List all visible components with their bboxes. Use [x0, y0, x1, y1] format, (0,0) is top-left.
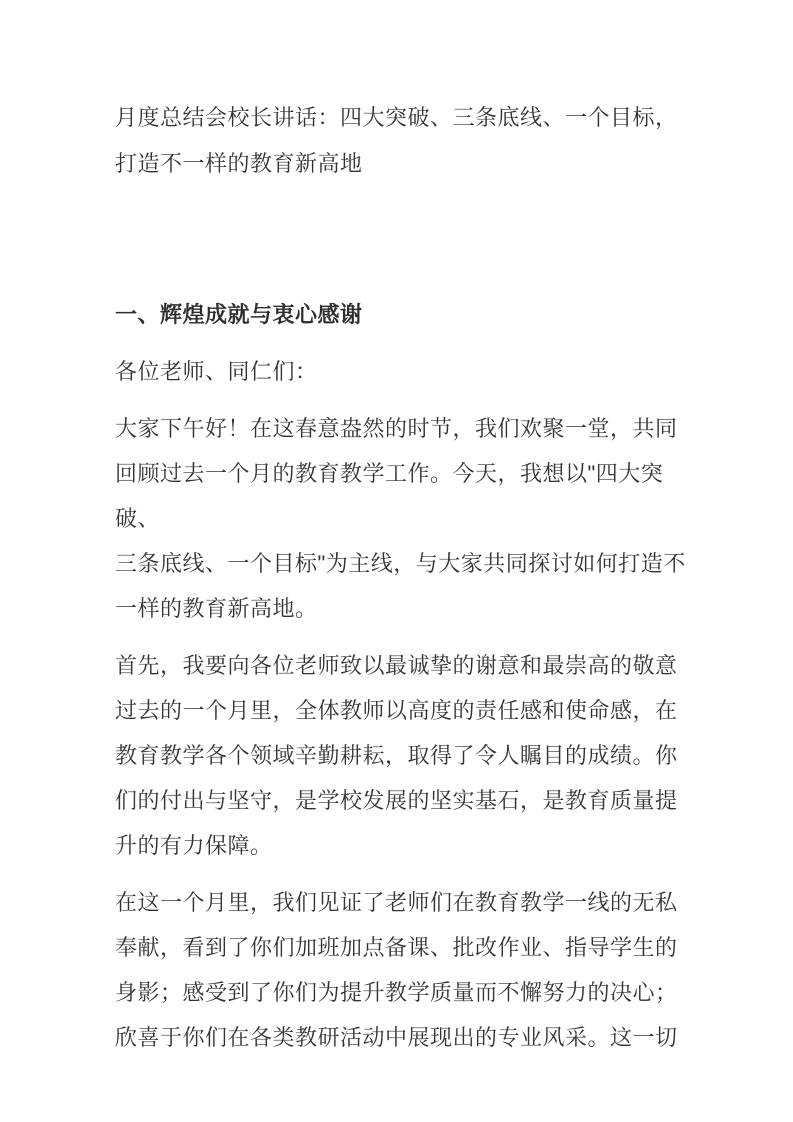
paragraph-gratitude: 首先，我要向各位老师致以最诚挚的谢意和最崇高的敬意 过去的一个月里，全体教师以高… — [115, 643, 693, 868]
section-heading: 一、辉煌成就与衷心感谢 — [115, 292, 693, 337]
paragraph-dedication: 在这一个月里，我们见证了老师们在教育教学一线的无私 奉献，看到了你们加班加点备课… — [115, 880, 693, 1060]
document-title: 月度总结会校长讲话：四大突破、三条底线、一个目标， 打造不一样的教育新高地 — [115, 95, 693, 187]
salutation-line: 各位老师、同仁们： — [115, 349, 693, 394]
paragraph-opening: 大家下午好！在这春意盎然的时节，我们欢聚一堂，共同 回顾过去一个月的教育教学工作… — [115, 406, 693, 631]
document-page: 月度总结会校长讲话：四大突破、三条底线、一个目标， 打造不一样的教育新高地 一、… — [0, 0, 793, 1122]
